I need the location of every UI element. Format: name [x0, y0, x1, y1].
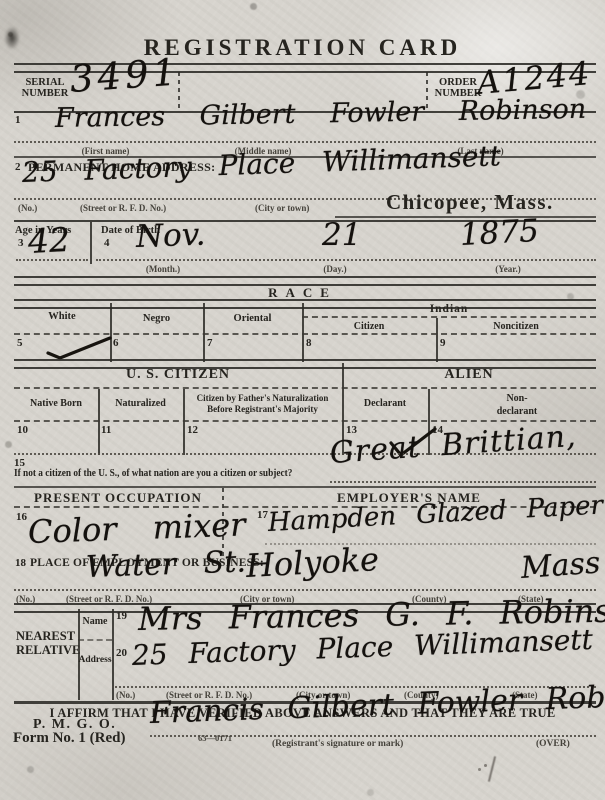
- race-col-indian: Indian: [302, 303, 596, 315]
- cell-7-number: 7: [207, 337, 213, 349]
- address-city-label: (City or town): [255, 203, 309, 213]
- birth-day-value: 21: [322, 221, 361, 250]
- employment-state-value: Mass: [520, 549, 601, 583]
- address-no-label: (No.): [18, 203, 37, 213]
- divider: [14, 141, 596, 143]
- divider: [302, 316, 596, 318]
- registration-card: REGISTRATION CARD SERIAL NUMBER 3491 ORD…: [0, 0, 605, 800]
- field-4-number: 4: [104, 237, 110, 249]
- divider: [16, 259, 88, 261]
- us-citizen-header: U. S. CITIZEN: [14, 368, 342, 383]
- occupation-header: PRESENT OCCUPATION: [14, 491, 222, 505]
- divider: [330, 481, 596, 483]
- field-1-number: 1: [15, 114, 21, 126]
- divider: [96, 259, 596, 261]
- divider: [14, 420, 596, 422]
- field-2-number: 2: [15, 161, 21, 173]
- race-col-negro: Negro: [110, 313, 203, 324]
- race-section-title: RACE: [0, 286, 605, 300]
- print-code: 63—0171: [198, 733, 232, 743]
- divider: [14, 387, 596, 389]
- cell-10-number: 10: [17, 424, 28, 436]
- month-label: (Month.): [128, 264, 198, 274]
- cell-5-number: 5: [17, 337, 23, 349]
- signature-caption: (Registrant's signature or mark): [272, 739, 403, 749]
- city-stamp: Chicopee, Mass.: [386, 191, 554, 213]
- field-19-number: 19: [116, 610, 127, 622]
- check-mark-icon: [44, 335, 116, 361]
- employment-street-value: Water St.: [86, 548, 247, 582]
- serial-number-label: SERIAL NUMBER: [18, 77, 72, 99]
- cell-8-number: 8: [306, 337, 312, 349]
- field-20-number: 20: [116, 647, 127, 659]
- address-street-label: (Street or R. F. D. No.): [80, 203, 166, 213]
- cell-11-number: 11: [101, 424, 111, 436]
- field-18-number: 18: [15, 557, 26, 569]
- cell-12-number: 12: [187, 424, 198, 436]
- relative-no-label: (No.): [116, 690, 135, 700]
- serial-number-value: 3491: [69, 54, 181, 97]
- age-value: 42: [27, 224, 71, 257]
- birth-month-value: Nov.: [135, 221, 205, 253]
- relative-name-label: Name: [78, 617, 112, 628]
- order-number-value: A1244: [476, 58, 593, 98]
- form-number-label: Form No. 1 (Red): [13, 731, 125, 747]
- nearest-relative-header-line1: NEAREST: [16, 630, 75, 643]
- col-non-declarant: Non-declarant: [493, 393, 541, 418]
- relative-address-label: Address: [76, 656, 114, 666]
- registrant-signature: Francis Gilbert Fowler Robinson: [150, 681, 605, 728]
- over-label: (OVER): [536, 739, 570, 749]
- divider: [90, 222, 92, 264]
- day-label: (Day.): [305, 264, 365, 274]
- col-naturalized: Naturalized: [98, 399, 183, 410]
- cell-9-number: 9: [440, 337, 446, 349]
- field-3-number: 3: [18, 237, 24, 249]
- birth-year-value: 1875: [459, 217, 539, 251]
- stray-pen-dots: [484, 764, 487, 767]
- col-native-born: Native Born: [14, 399, 98, 410]
- name-value: Frances Gilbert Fowler Robinson: [55, 97, 587, 132]
- nearest-relative-header-line2: RELATIVE: [16, 644, 80, 657]
- employment-city-value: Holyoke: [245, 544, 379, 581]
- col-declarant: Declarant: [342, 399, 428, 410]
- stray-pen-mark: [488, 756, 496, 782]
- occupation-value: Color mixer: [27, 509, 246, 547]
- alien-header: ALIEN: [342, 368, 596, 383]
- year-label: (Year.): [478, 264, 538, 274]
- col-father-naturalization: Citizen by Father's Naturalization Befor…: [187, 393, 338, 416]
- citizenship-answer: Great Brittian,: [329, 423, 577, 469]
- citizenship-question: If not a citizen of the U. S., of what n…: [14, 469, 292, 480]
- race-col-noncitizen: Noncitizen: [436, 322, 596, 333]
- race-col-white: White: [14, 311, 110, 322]
- field-16-number: 16: [16, 511, 27, 523]
- divider: [14, 589, 596, 591]
- race-col-citizen: Citizen: [302, 322, 436, 333]
- divider: [14, 486, 596, 488]
- race-col-oriental: Oriental: [203, 313, 302, 324]
- divider: [78, 639, 112, 641]
- divider: [183, 389, 185, 455]
